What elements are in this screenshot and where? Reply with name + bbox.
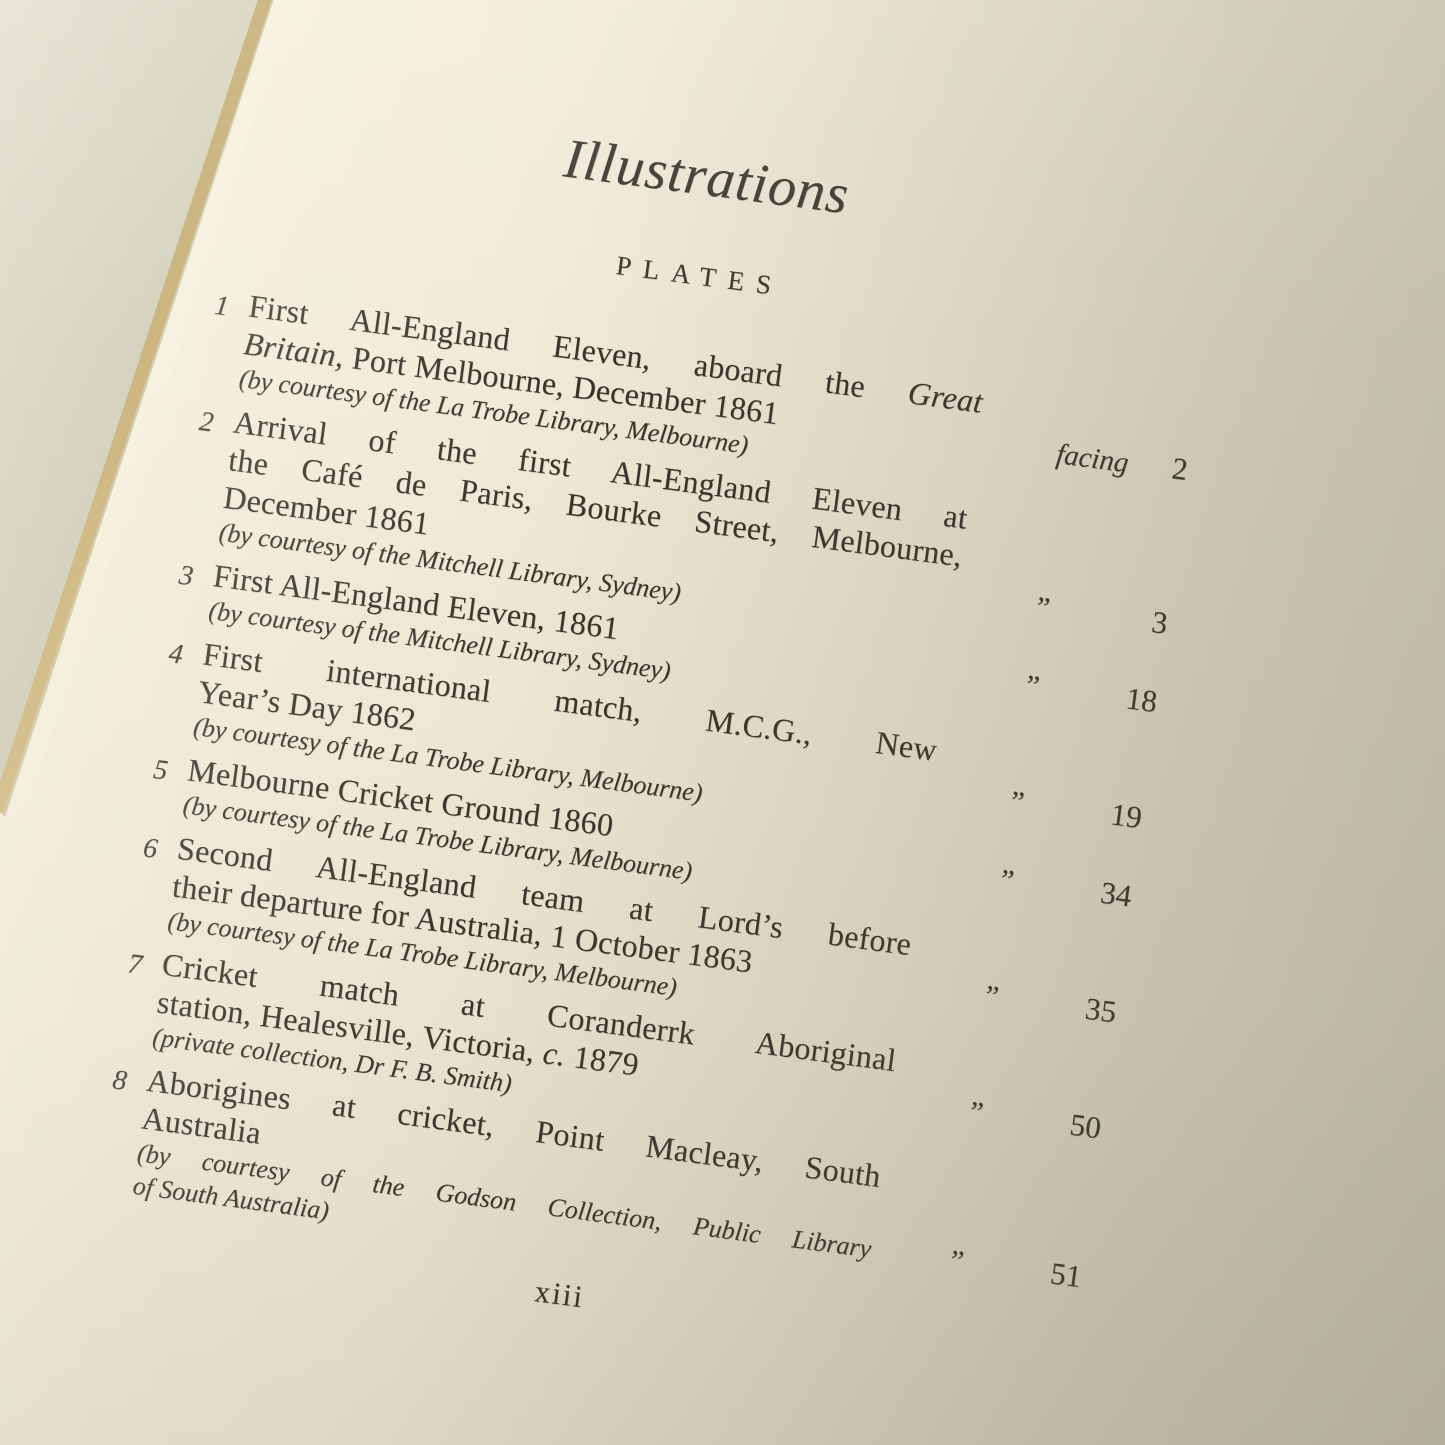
facing-page-number: 34 <box>1098 876 1133 914</box>
page-ref: facing2 <box>1054 436 1189 488</box>
page-ref: ”18 <box>1024 668 1159 720</box>
plates-list: 1First All-England Eleven, aboard the Gr… <box>54 276 1196 1326</box>
facing-page-number: 51 <box>1048 1256 1083 1294</box>
illustrations-page: Illustrations PLATES 1First All-England … <box>47 80 1222 1379</box>
page-ref: ”51 <box>948 1243 1083 1295</box>
book-page-photo: Illustrations PLATES 1First All-England … <box>0 0 1445 1445</box>
page-ref: ”34 <box>998 862 1133 914</box>
ditto-mark: ” <box>1008 785 1028 821</box>
facing-page-number: 19 <box>1109 797 1144 835</box>
page-ref: ”19 <box>1008 784 1143 836</box>
ditto-mark: ” <box>998 863 1018 899</box>
plate-number: 5 <box>104 740 171 818</box>
facing-page-number: 50 <box>1068 1108 1103 1146</box>
page-ref: ”50 <box>968 1094 1103 1146</box>
page-ref: ”35 <box>983 978 1118 1030</box>
ditto-mark: ” <box>983 979 1003 1015</box>
ditto-mark: ” <box>1024 669 1044 705</box>
ditto-mark: ” <box>968 1095 988 1131</box>
ditto-mark: ” <box>1034 591 1054 627</box>
ditto-mark: ” <box>948 1244 968 1280</box>
facing-page-number: 35 <box>1083 992 1118 1030</box>
page-ref: ”3 <box>1034 590 1169 642</box>
facing-label: facing <box>1054 437 1130 480</box>
plate-number: 3 <box>129 546 196 624</box>
facing-page-number: 18 <box>1124 681 1159 719</box>
